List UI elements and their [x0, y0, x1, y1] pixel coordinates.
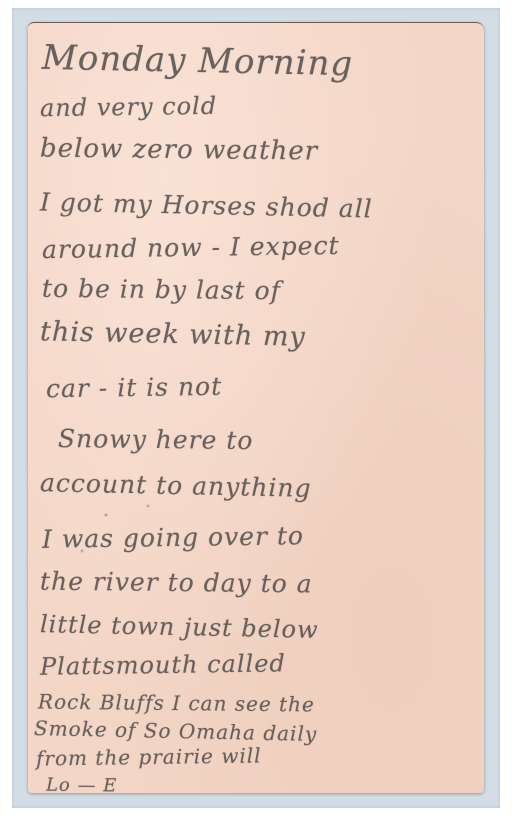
text-line-4: I got my Horses shod all — [40, 188, 373, 224]
text-line-10: account to anything — [40, 468, 312, 503]
text-line-5: around now - I expect — [42, 231, 340, 264]
text-line-12: the river to day to a — [40, 567, 313, 599]
text-line-1: Monday Morning — [42, 38, 354, 85]
text-line-8: car - it is not — [46, 372, 223, 403]
text-line-7: this week with my — [40, 316, 306, 353]
text-line-17: from the prairie will — [36, 743, 262, 770]
text-line-14: Plattsmouth called — [40, 649, 286, 680]
text-line-11: I was going over to — [42, 521, 304, 554]
text-line-15: Rock Bluffs I can see the — [38, 690, 315, 717]
text-line-16: Smoke of So Omaha daily — [34, 716, 318, 746]
text-line-13: little town just below — [40, 610, 319, 644]
text-line-9: Snowy here to — [58, 424, 254, 455]
text-line-3: below zero weather — [40, 134, 318, 167]
postcard: Monday Morning and very cold below zero … — [28, 22, 484, 793]
text-line-2: and very cold — [40, 92, 217, 122]
text-line-6: to be in by last of — [42, 274, 281, 306]
text-line-18: Lo — E — [46, 775, 118, 797]
